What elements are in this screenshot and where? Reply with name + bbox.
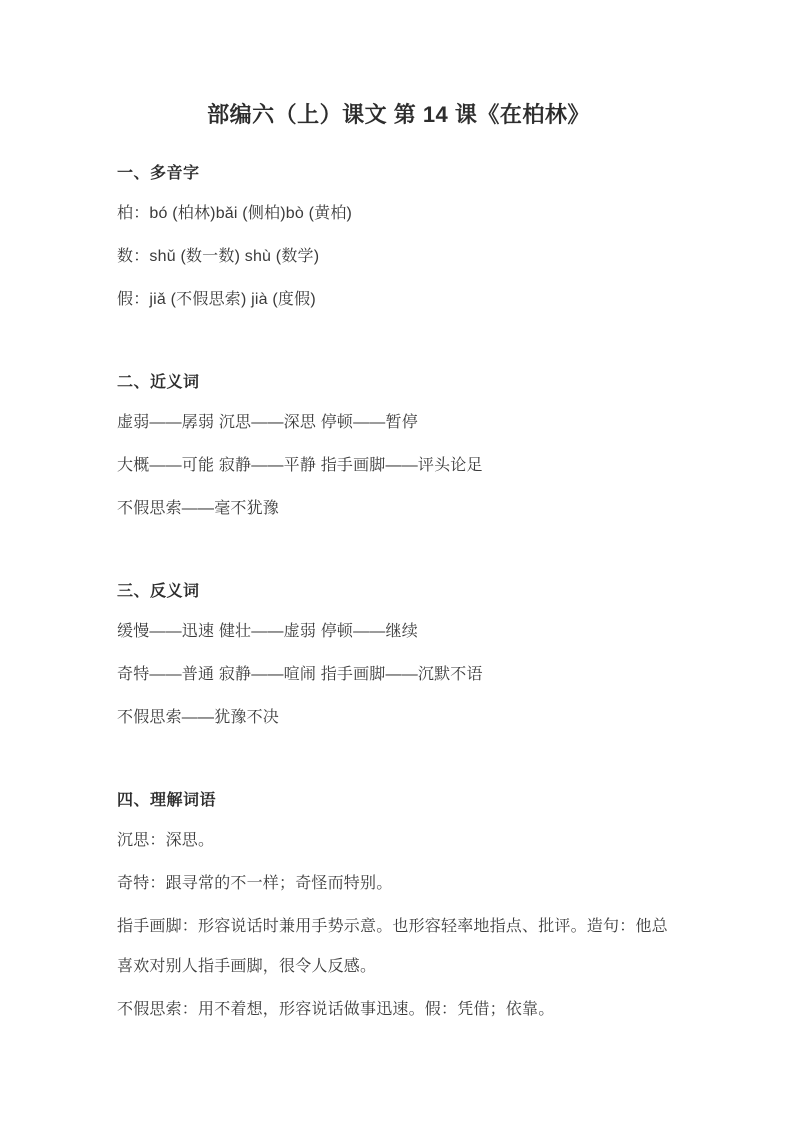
polyphone-line-shu: 数：shǔ (数一数) shù (数学) xyxy=(117,237,680,277)
antonym-line: 缓慢——迅速 健壮——虚弱 停顿——继续 xyxy=(117,612,680,652)
section-heading-synonyms: 二、近义词 xyxy=(117,363,680,403)
antonym-line: 奇特——普通 寂静——喧闹 指手画脚——沉默不语 xyxy=(117,655,680,695)
section-synonyms: 二、近义词 虚弱——孱弱 沉思——深思 停顿——暂停 大概——可能 寂静——平静… xyxy=(117,323,680,529)
section-word-meanings: 四、理解词语 沉思：深思。 奇特：跟寻常的不一样；奇怪而特别。 指手画脚：形容说… xyxy=(117,741,680,1030)
synonym-line: 虚弱——孱弱 沉思——深思 停顿——暂停 xyxy=(117,403,680,443)
polyphone-line-bai: 柏：bó (柏林)bǎi (侧柏)bò (黄柏) xyxy=(117,194,680,234)
antonym-line: 不假思索——犹豫不决 xyxy=(117,698,680,738)
section-antonyms: 三、反义词 缓慢——迅速 健壮——虚弱 停顿——继续 奇特——普通 寂静——喧闹… xyxy=(117,532,680,738)
definition-zhishouhuajiao: 指手画脚：形容说话时兼用手势示意。也形容轻率地指点、批评。造句：他总喜欢对别人指… xyxy=(117,907,680,987)
section-heading-polyphonic: 一、多音字 xyxy=(117,154,680,194)
synonym-line: 不假思索——毫不犹豫 xyxy=(117,489,680,529)
document-page: 部编六（上）课文 第 14 课《在柏林》 一、多音字 柏：bó (柏林)bǎi … xyxy=(0,0,793,1122)
doc-title: 部编六（上）课文 第 14 课《在柏林》 xyxy=(117,95,680,135)
section-heading-antonyms: 三、反义词 xyxy=(117,572,680,612)
definition-chensi: 沉思：深思。 xyxy=(117,821,680,861)
definition-bujiasisuo: 不假思索：用不着想，形容说话做事迅速。假：凭借；依靠。 xyxy=(117,990,680,1030)
definition-qite: 奇特：跟寻常的不一样；奇怪而特别。 xyxy=(117,864,680,904)
synonym-line: 大概——可能 寂静——平静 指手画脚——评头论足 xyxy=(117,446,680,486)
section-polyphonic-characters: 一、多音字 柏：bó (柏林)bǎi (侧柏)bò (黄柏) 数：shǔ (数一… xyxy=(117,135,680,320)
polyphone-line-jia: 假：jiǎ (不假思索) jià (度假) xyxy=(117,280,680,320)
section-heading-word-meanings: 四、理解词语 xyxy=(117,781,680,821)
